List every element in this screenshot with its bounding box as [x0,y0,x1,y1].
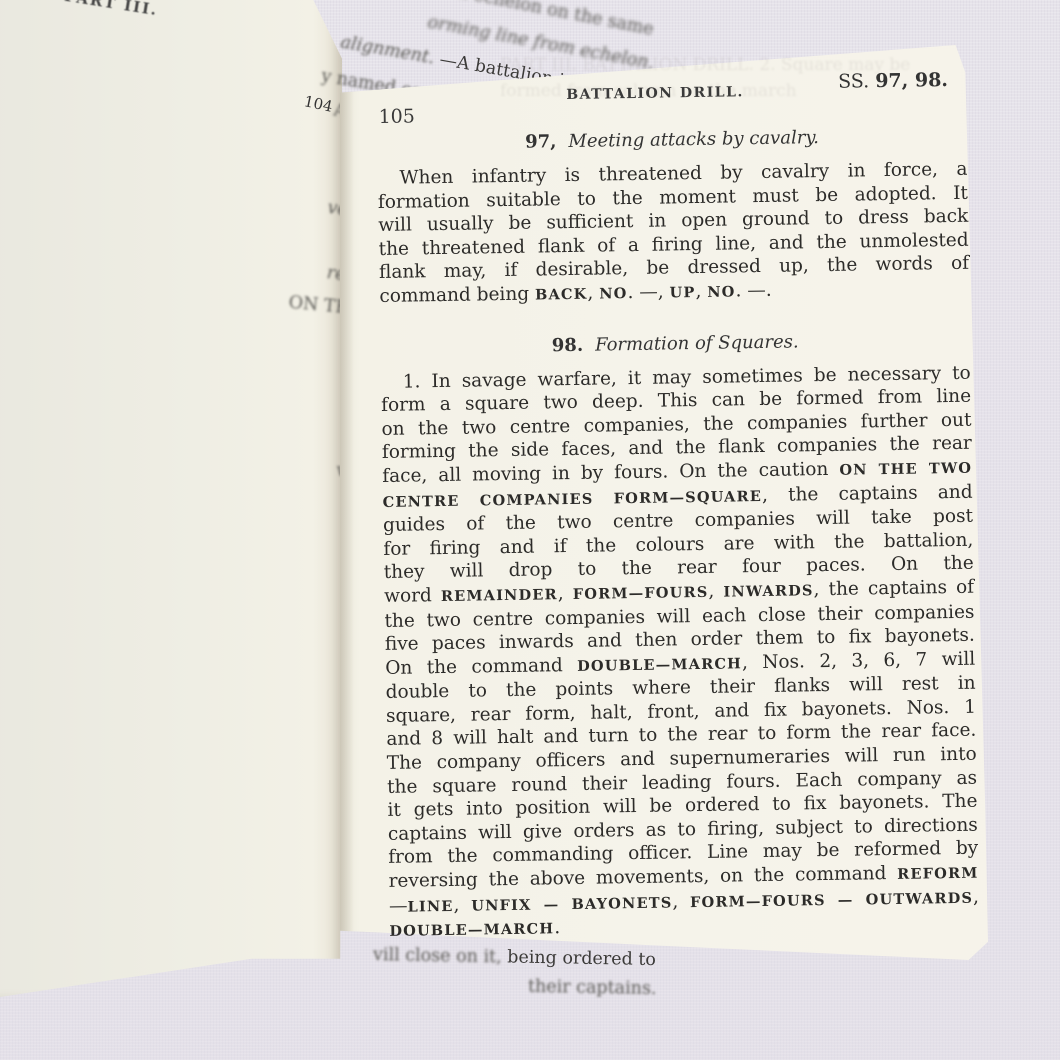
section-paragraph: 1. In savage warfare, it may sometimes b… [381,361,980,943]
blurred-text: vill close on it, [373,945,508,967]
command-word: DOUBLE—MARCH [389,921,554,941]
command-word: DOUBLE—MARCH [577,655,742,675]
left-page-number: 104 [302,92,334,116]
command-word: REFORM [897,865,979,883]
section-title: Formation of Squares. [595,331,799,355]
section-heading: 98.Formation of Squares. [380,328,970,358]
command-word: UNFIX — BAYONETS [471,894,672,914]
command-word: REMAINDER [441,586,558,605]
left-page-text: PART III. 104 formed from echelon on the… [0,0,334,1000]
section-number: 98. [552,334,584,355]
command-word: FORM—SQUARE [614,488,763,507]
section-title: Meeting attacks by cavalry. [568,127,819,152]
sections: 97,Meeting attacks by cavalry.When infan… [377,125,980,944]
command-word: UP [669,284,695,301]
right-page-text: 105 BATTALION DRILL. SS. 97, 98. 97,Meet… [376,69,980,944]
section-reference: SS. 97, 98. [838,69,948,93]
page-number: 105 [378,105,415,128]
command-word: NO [599,285,628,302]
left-text-line: vill close on it, being ordered to [373,945,656,970]
command-word: BACK [535,286,588,304]
command-word: ON [839,461,868,478]
command-word: THE [879,460,918,478]
command-word: LINE [407,898,453,916]
running-title: BATTALION DRILL. [566,84,744,103]
blurred-text: their captains. [527,977,656,999]
section-heading: 97,Meeting attacks by cavalry. [377,125,967,155]
running-head: 105 BATTALION DRILL. SS. 97, 98. [376,69,967,130]
command-word: FORM—FOURS — OUTWARDS [690,889,973,910]
section-ref-prefix: SS. [838,70,869,92]
section-ref-numbers: 97, 98. [875,69,948,92]
left-text-line: their captains. [527,977,656,999]
command-word: COMPANIES [480,490,594,509]
command-word: CENTRE [383,492,460,510]
section-paragraph: When infantry is threatened by cavalry i… [377,158,969,310]
command-word: TWO [929,460,973,478]
left-running-header: PART III. [63,0,159,19]
blurred-text: alignment. [339,33,441,70]
section-number: 97, [525,131,557,152]
command-word: FORM—FOURS [573,584,709,603]
command-word: NO [707,283,736,300]
sharp-text: being ordered to [507,947,656,970]
command-word: INWARDS [723,582,813,600]
